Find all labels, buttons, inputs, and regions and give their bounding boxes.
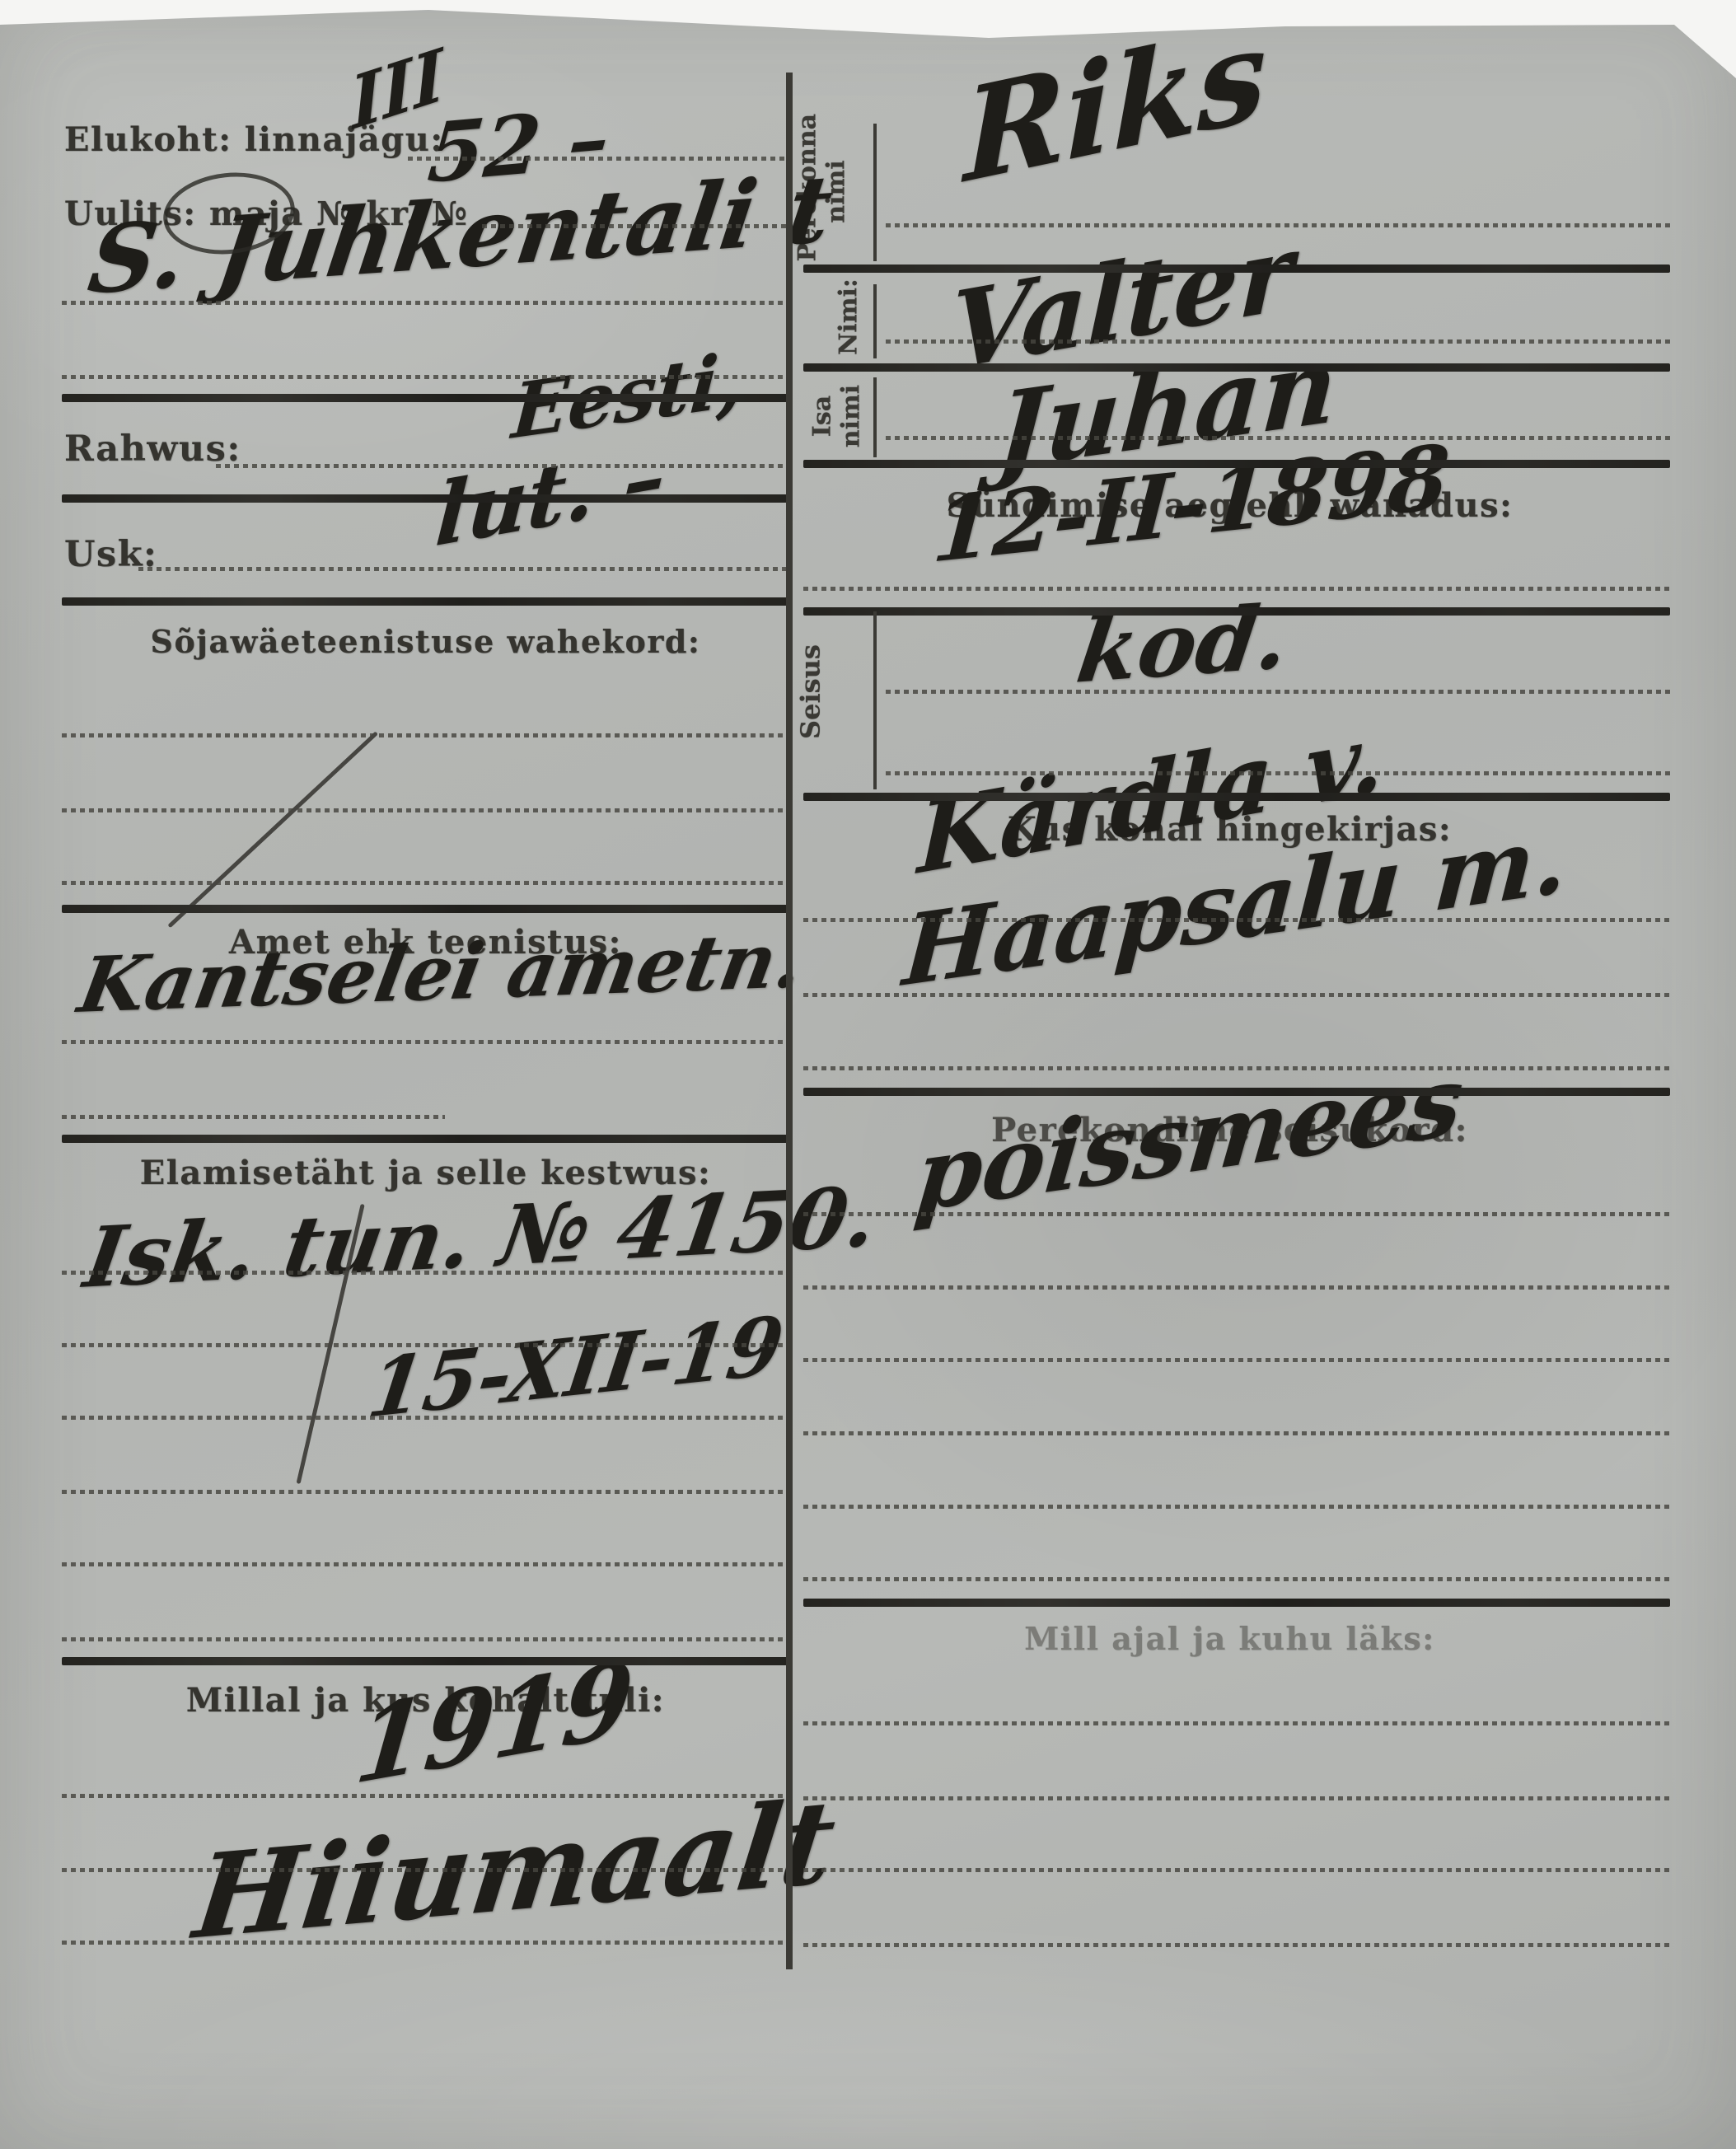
dotted-writing-line xyxy=(803,1868,1670,1872)
thick-section-rule xyxy=(803,793,1670,801)
thick-section-rule xyxy=(62,494,789,503)
dotted-writing-line xyxy=(62,1343,789,1347)
thick-section-rule xyxy=(62,394,789,402)
dotted-writing-line xyxy=(886,771,1670,775)
dotted-writing-line xyxy=(886,436,1670,440)
laks-section-heading: Mill ajal ja kuhu läks: xyxy=(789,1620,1670,1657)
thick-section-rule xyxy=(62,597,789,606)
dotted-writing-line xyxy=(803,1721,1670,1725)
dotted-writing-line xyxy=(803,993,1670,997)
dotted-writing-line xyxy=(62,881,789,885)
seisus-vertical-label: Seisus xyxy=(796,622,833,762)
dotted-writing-line xyxy=(62,1868,789,1872)
dotted-writing-line xyxy=(216,464,789,468)
dotted-writing-line xyxy=(62,1794,789,1798)
dotted-writing-line xyxy=(62,1115,445,1119)
dotted-writing-line xyxy=(803,1358,1670,1362)
thick-section-rule xyxy=(803,265,1670,273)
thick-section-rule xyxy=(803,1088,1670,1096)
dotted-writing-line xyxy=(803,1505,1670,1509)
dotted-writing-line xyxy=(886,223,1670,227)
dotted-writing-line xyxy=(62,1562,789,1566)
dotted-writing-line xyxy=(803,1431,1670,1435)
dotted-writing-line xyxy=(62,375,789,379)
dotted-writing-line xyxy=(803,1577,1670,1581)
dotted-writing-line xyxy=(62,1416,789,1420)
name-gutter-rule-3 xyxy=(873,377,877,457)
thick-section-rule xyxy=(803,460,1670,468)
name-gutter-rule-2 xyxy=(873,284,877,358)
dotted-writing-line xyxy=(803,1796,1670,1800)
military-section-heading: Sõjawäeteenistuse wahekord: xyxy=(62,623,789,660)
dotted-writing-line xyxy=(62,1040,789,1044)
dotted-writing-line xyxy=(62,1941,789,1945)
thick-section-rule xyxy=(803,363,1670,372)
rahwus-label: Rahwus: xyxy=(64,428,241,470)
column-divider-rule xyxy=(786,73,793,1969)
dotted-writing-line xyxy=(803,1212,1670,1216)
name-gutter-rule-1 xyxy=(873,124,877,261)
thick-section-rule xyxy=(803,1599,1670,1607)
dotted-writing-line xyxy=(803,1285,1670,1290)
dotted-writing-line xyxy=(886,339,1670,344)
dotted-writing-line xyxy=(62,1490,789,1494)
isa-nimi-vertical-label: Isa nimi xyxy=(808,377,882,456)
thick-section-rule xyxy=(62,1657,789,1665)
paper-card: Elukoht: linnajägu: Uulits: maja № kr. №… xyxy=(0,0,1736,2149)
thick-section-rule xyxy=(62,905,789,913)
military-crossout-stroke xyxy=(167,731,378,928)
dotted-writing-line xyxy=(62,1271,789,1275)
dotted-writing-line xyxy=(62,1637,789,1641)
dotted-writing-line xyxy=(408,157,789,161)
dotted-writing-line xyxy=(62,733,789,737)
seisus-value-handwritten: kod. xyxy=(1071,584,1295,703)
dotted-writing-line xyxy=(138,567,789,571)
dotted-writing-line xyxy=(803,918,1670,922)
dotted-writing-line xyxy=(886,690,1670,694)
perekonna-nimi-value-handwritten: Riks xyxy=(964,0,1266,212)
thick-section-rule xyxy=(803,607,1670,616)
dotted-writing-line xyxy=(482,224,789,228)
dotted-writing-line xyxy=(803,587,1670,591)
dotted-writing-line xyxy=(803,1943,1670,1947)
nimi-vertical-label: Nimi: xyxy=(835,272,872,363)
seisus-gutter-rule xyxy=(873,611,877,789)
perekondline-value-handwritten: poissmees xyxy=(910,1043,1468,1234)
scanned-registration-card: Elukoht: linnajägu: Uulits: maja № kr. №… xyxy=(0,0,1736,2149)
thick-section-rule xyxy=(62,1135,789,1143)
dotted-writing-line xyxy=(62,301,789,305)
dotted-writing-line xyxy=(803,1066,1670,1070)
dotted-writing-line xyxy=(62,808,789,812)
